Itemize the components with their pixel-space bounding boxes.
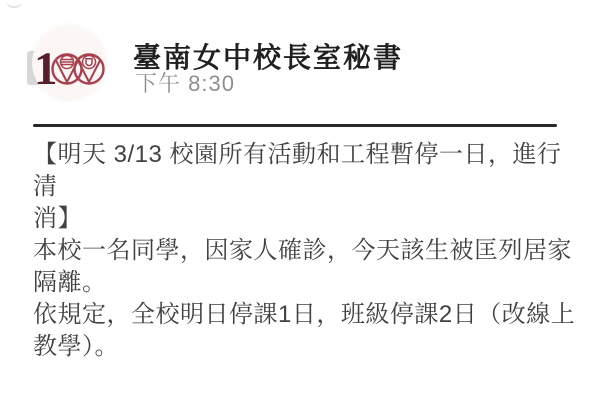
- divider-line: [33, 124, 557, 127]
- sender-avatar[interactable]: 1: [32, 26, 106, 100]
- message-body-text: 【明天 3/13 校園所有活動和工程暫停一日，進行清 消】 本校一名同學，因家人…: [33, 139, 585, 363]
- anniversary-100-logo-icon: 1: [32, 26, 106, 100]
- chat-message-screen: 1 臺南女中校長室秘書 下午 8:30 【明天 3/13 校園所有活動和工程暫停…: [0, 0, 600, 400]
- message-timestamp: 下午 8:30: [135, 67, 235, 98]
- logo-numeral-1: 1: [34, 43, 58, 95]
- cropped-ui-artifact: [6, 0, 22, 8]
